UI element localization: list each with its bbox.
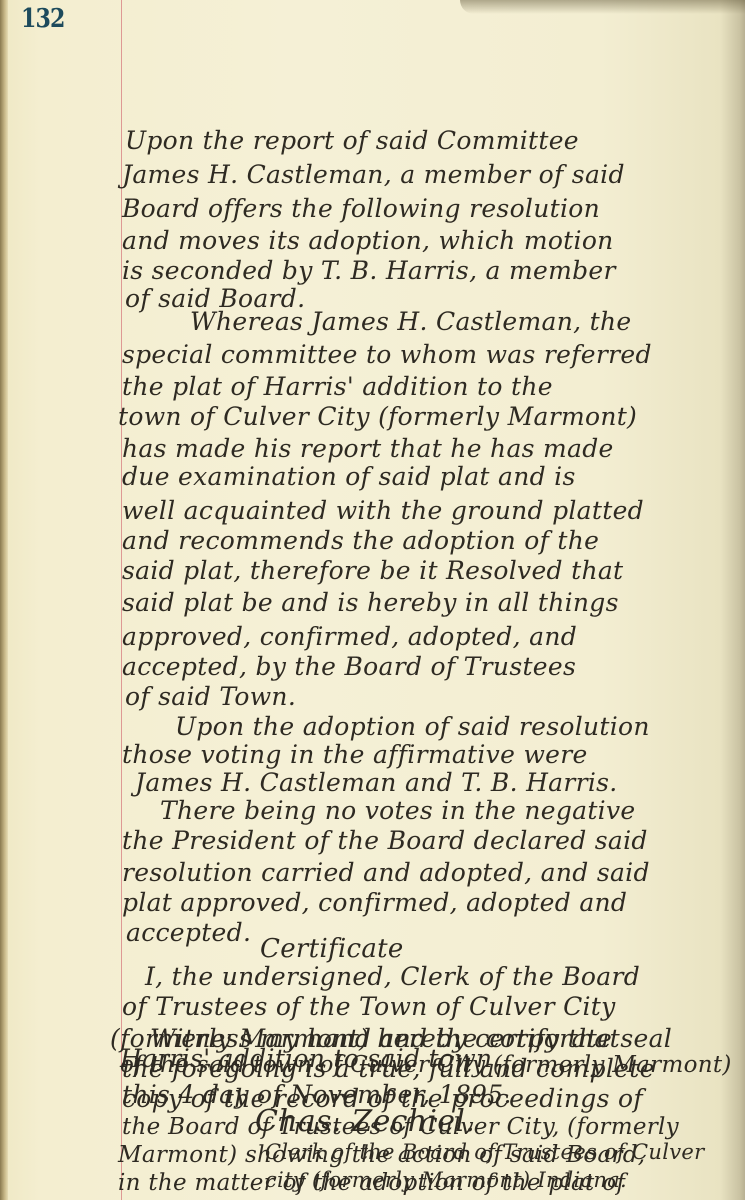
book-binding-edge — [0, 0, 8, 1200]
clerk-signature: Chas. Zechiel. — [255, 1104, 475, 1139]
text-line: is seconded by T. B. Harris, a member — [122, 256, 616, 285]
page-top-shadow — [460, 0, 745, 14]
text-line: of Trustees of the Town of Culver City — [122, 992, 616, 1021]
witness-line: Witness my hand and the corporate seal — [150, 1024, 672, 1053]
text-line: Upon the report of said Committee — [125, 126, 579, 155]
text-line: Whereas James H. Castleman, the — [190, 307, 631, 336]
text-line: Board offers the following resolution — [122, 194, 600, 223]
text-line: resolution carried and adopted, and said — [122, 858, 650, 887]
text-line: special committee to whom was referred — [122, 340, 652, 369]
text-line: plat approved, confirmed, adopted and — [122, 888, 627, 917]
text-line: those voting in the affirmative were — [122, 740, 588, 769]
text-line: accepted. — [126, 918, 251, 947]
text-line: well acquainted with the ground platted — [122, 496, 644, 525]
text-line: the plat of Harris' addition to the — [122, 372, 553, 401]
text-line: James H. Castleman, a member of said — [122, 160, 625, 189]
page-number: 132 — [21, 4, 65, 34]
certificate-heading: Certificate — [260, 934, 404, 964]
text-line: There being no votes in the negative — [160, 796, 636, 825]
text-line: of the said town of Culver City (formerl… — [120, 1052, 732, 1078]
clerk-title-line-1: Clerk of the Board of Trustees of Culver — [265, 1140, 704, 1164]
text-line: accepted, by the Board of Trustees — [122, 652, 576, 681]
text-line: said plat, therefore be it Resolved that — [122, 556, 623, 585]
text-line: due examination of said plat and is — [122, 462, 576, 491]
text-line: of said Town. — [125, 682, 296, 711]
clerk-title-line-2: city (formerly Marmont) Indiana. — [265, 1168, 627, 1192]
text-line: Upon the adoption of said resolution — [175, 712, 650, 741]
text-line: and moves its adoption, which motion — [122, 226, 614, 255]
text-line: James H. Castleman and T. B. Harris. — [135, 768, 618, 797]
text-line: approved, confirmed, adopted, and — [122, 622, 577, 651]
text-line: has made his report that he has made — [122, 434, 614, 463]
text-line: town of Culver City (formerly Marmont) — [118, 402, 637, 431]
text-line: said plat be and is hereby in all things — [122, 588, 619, 617]
text-line: I, the undersigned, Clerk of the Board — [145, 962, 640, 991]
text-line: and recommends the adoption of the — [122, 526, 599, 555]
text-line: the President of the Board declared said — [122, 826, 648, 855]
